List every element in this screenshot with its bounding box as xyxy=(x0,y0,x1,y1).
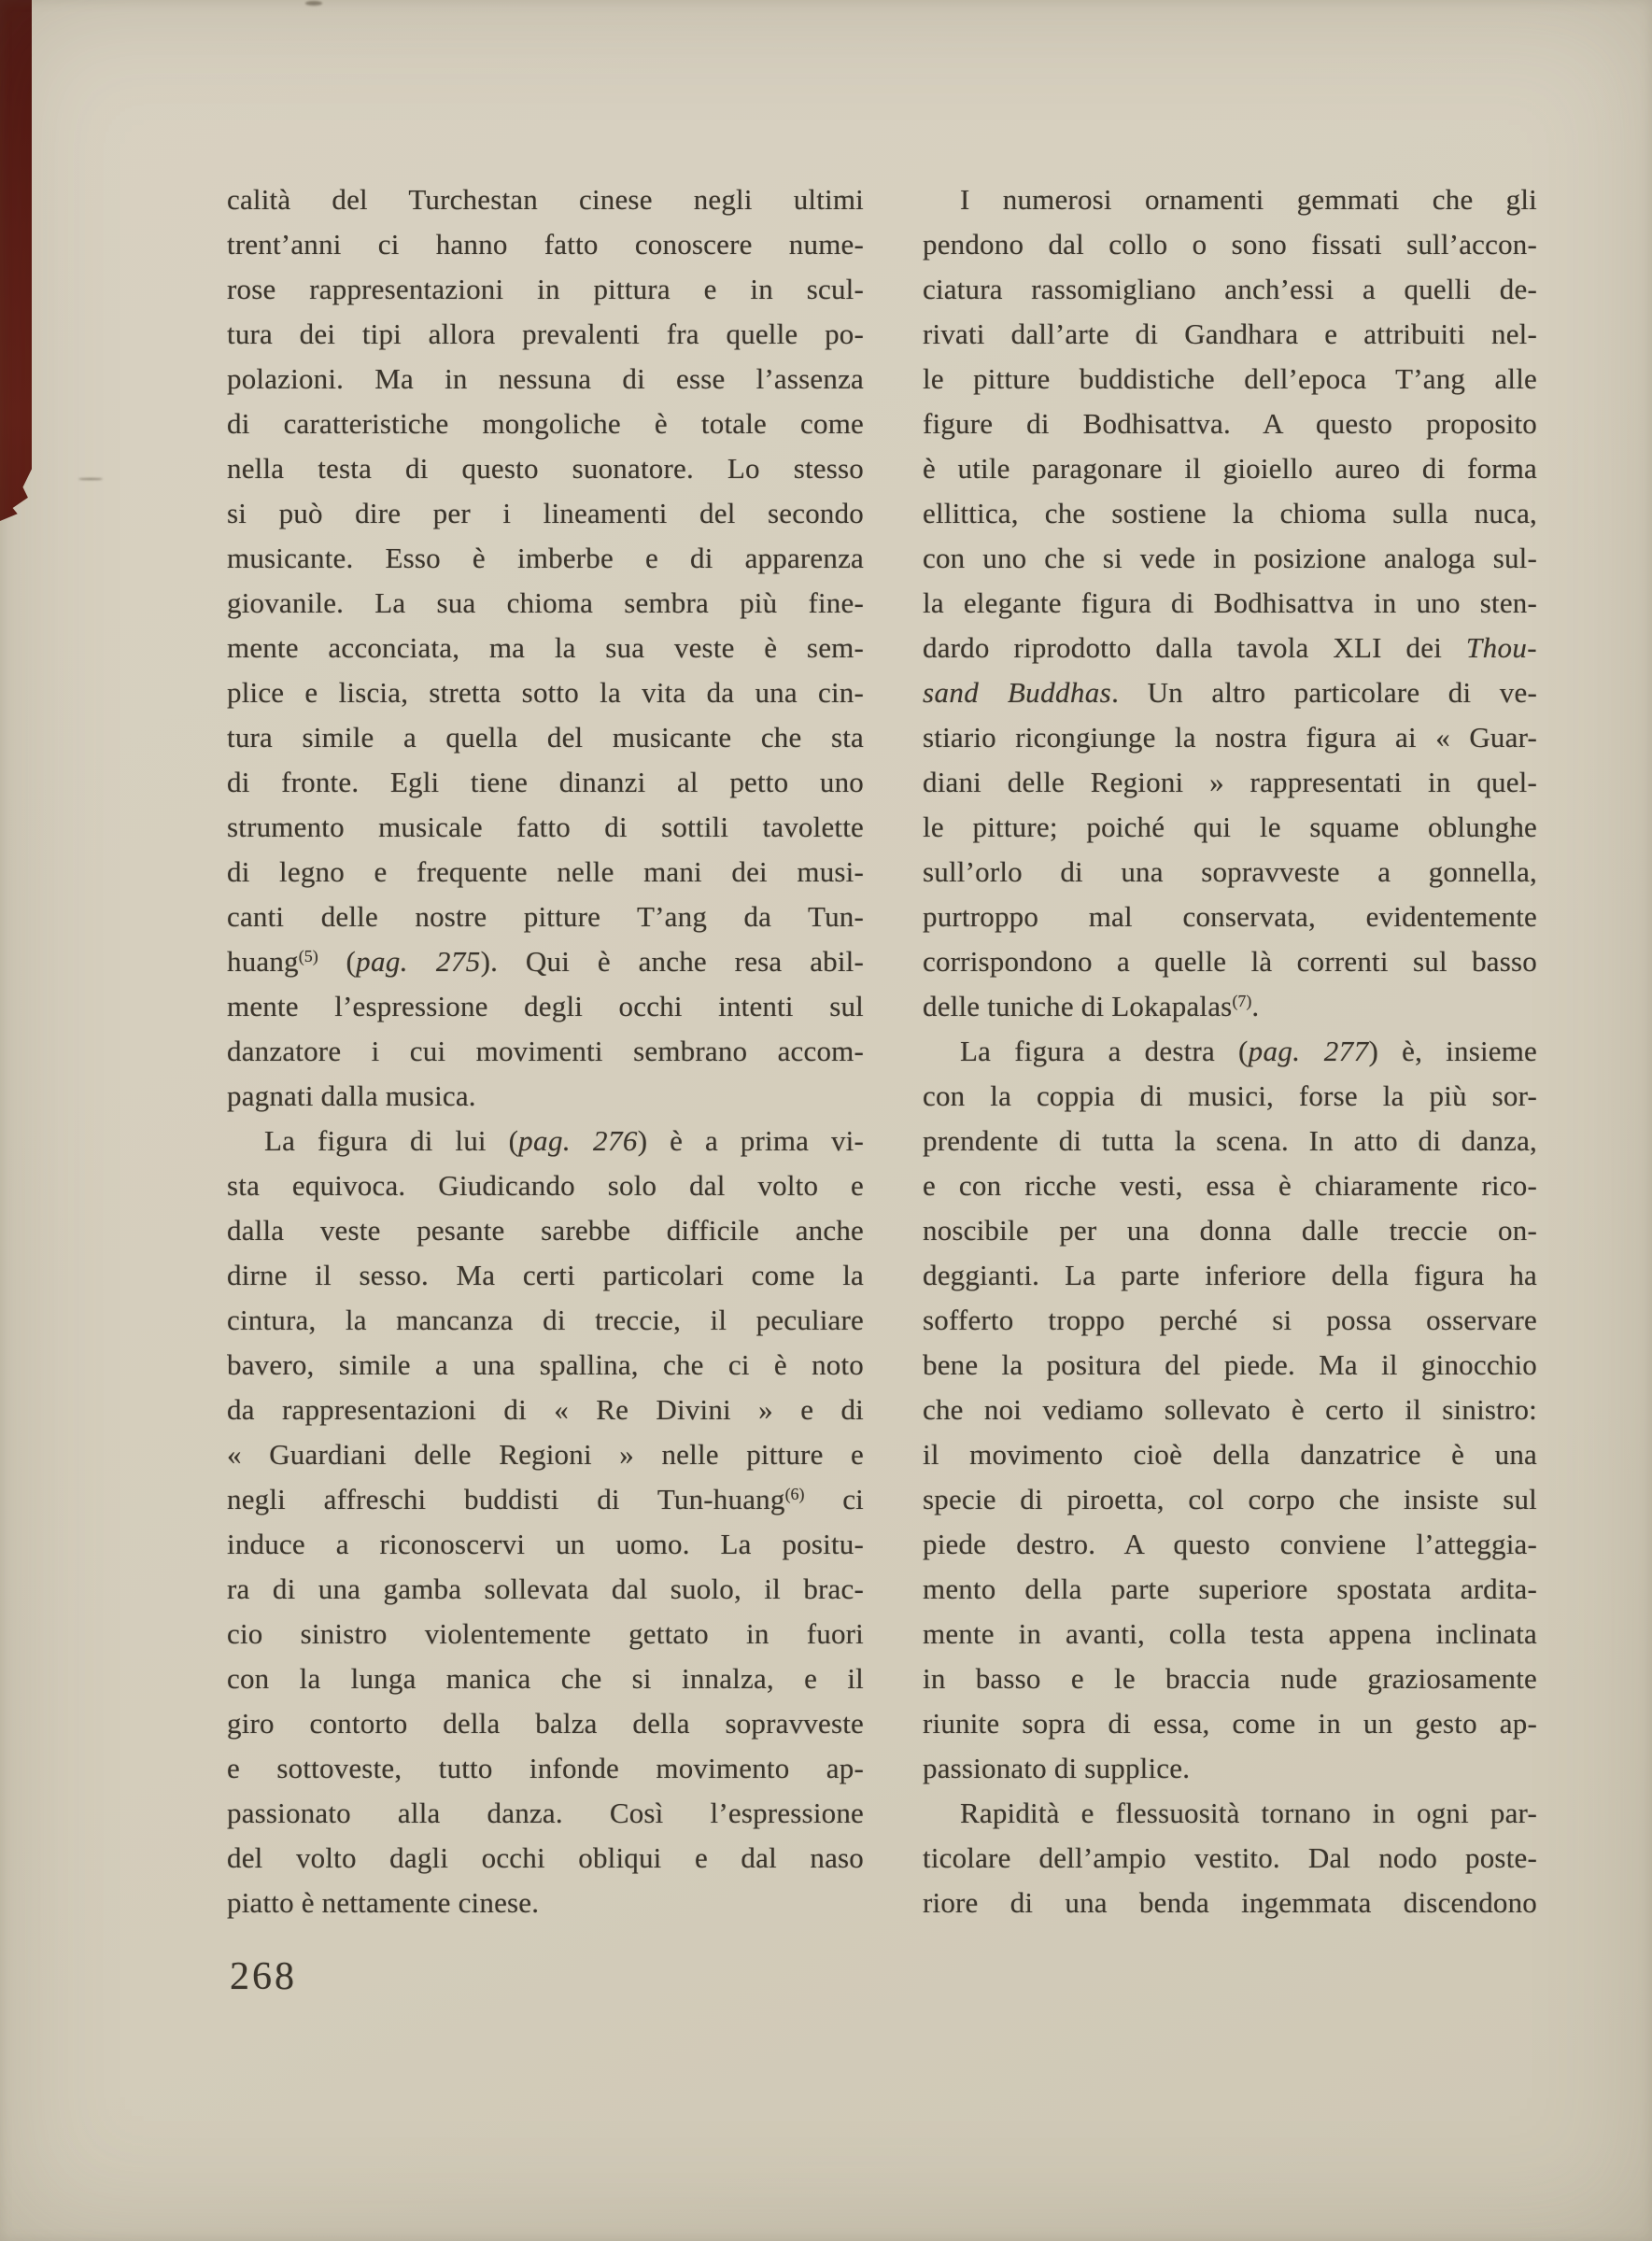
text-line: La figura di lui (pag. 276) è a prima vi… xyxy=(227,1119,864,1163)
scan-scratch xyxy=(78,478,103,480)
text-line: giro contorto della balza della sopravve… xyxy=(227,1701,864,1746)
text-line: riore di una benda ingemmata discendono xyxy=(923,1881,1537,1925)
text-line: strumento musicale fatto di sottili tavo… xyxy=(227,805,864,850)
text-line: diani delle Regioni » rappresentati in q… xyxy=(923,760,1537,805)
text-line: pagnati dalla musica. xyxy=(227,1074,864,1119)
text-line: tura simile a quella del musicante che s… xyxy=(227,715,864,760)
text-line: è utile paragonare il gioiello aureo di … xyxy=(923,446,1537,491)
text-line: « Guardiani delle Regioni » nelle pittur… xyxy=(227,1432,864,1477)
text-line: mente l’espressione degli occhi intenti … xyxy=(227,984,864,1029)
page-number: 268 xyxy=(230,1954,297,1999)
text-line: mente in avanti, colla testa appena incl… xyxy=(923,1612,1537,1656)
text-line: rose rappresentazioni in pittura e in sc… xyxy=(227,267,864,312)
text-line: con uno che si vede in posizione analoga… xyxy=(923,536,1537,581)
text-line: il movimento cioè della danzatrice è una xyxy=(923,1432,1537,1477)
left-text-column: calità del Turchestan cinese negli ultim… xyxy=(227,177,864,1925)
text-line: cintura, la mancanza di treccie, il pecu… xyxy=(227,1298,864,1343)
text-line: induce a riconoscervi un uomo. La positu… xyxy=(227,1522,864,1567)
text-line: I numerosi ornamenti gemmati che gli xyxy=(923,177,1537,222)
text-line: plice e liscia, stretta sotto la vita da… xyxy=(227,670,864,715)
text-line: corrispondono a quelle là correnti sul b… xyxy=(923,939,1537,984)
text-line: bavero, simile a una spallina, che ci è … xyxy=(227,1343,864,1388)
text-line: si può dire per i lineamenti del secondo xyxy=(227,491,864,536)
text-line: la elegante figura di Bodhisattva in uno… xyxy=(923,581,1537,626)
text-line: sofferto troppo perché si possa osservar… xyxy=(923,1298,1537,1343)
binding-edge-artifact xyxy=(0,0,32,521)
text-line: di legno e frequente nelle mani dei musi… xyxy=(227,850,864,895)
book-page: calità del Turchestan cinese negli ultim… xyxy=(0,0,1652,2241)
text-line: dirne il sesso. Ma certi particolari com… xyxy=(227,1253,864,1298)
text-line: huang(5) (pag. 275). Qui è anche resa ab… xyxy=(227,939,864,984)
text-line: danzatore i cui movimenti sembrano accom… xyxy=(227,1029,864,1074)
text-line: tura dei tipi allora prevalenti fra quel… xyxy=(227,312,864,357)
text-line: del volto dagli occhi obliqui e dal naso xyxy=(227,1836,864,1881)
text-line: sull’orlo di una sopravveste a gonnella, xyxy=(923,850,1537,895)
text-line: dardo riprodotto dalla tavola XLI dei Th… xyxy=(923,626,1537,670)
text-line: dalla veste pesante sarebbe difficile an… xyxy=(227,1208,864,1253)
text-line: di caratteristiche mongoliche è totale c… xyxy=(227,402,864,446)
text-line: piatto è nettamente cinese. xyxy=(227,1881,864,1925)
text-line: canti delle nostre pitture T’ang da Tun- xyxy=(227,895,864,939)
text-line: figure di Bodhisattva. A questo proposit… xyxy=(923,402,1537,446)
text-line: cio sinistro violentemente gettato in fu… xyxy=(227,1612,864,1656)
text-line: che noi vediamo sollevato è certo il sin… xyxy=(923,1388,1537,1432)
text-line: le pitture; poiché qui le squame oblungh… xyxy=(923,805,1537,850)
right-text-column: I numerosi ornamenti gemmati che glipend… xyxy=(923,177,1537,1925)
scan-speck xyxy=(305,1,322,6)
text-line: purtroppo mal conservata, evidentemente xyxy=(923,895,1537,939)
text-line: trent’anni ci hanno fatto conoscere nume… xyxy=(227,222,864,267)
text-line: deggianti. La parte inferiore della figu… xyxy=(923,1253,1537,1298)
text-line: calità del Turchestan cinese negli ultim… xyxy=(227,177,864,222)
text-line: La figura a destra (pag. 277) è, insieme xyxy=(923,1029,1537,1074)
text-line: passionato di supplice. xyxy=(923,1746,1537,1791)
text-line: prendente di tutta la scena. In atto di … xyxy=(923,1119,1537,1163)
text-line: specie di piroetta, col corpo che insist… xyxy=(923,1477,1537,1522)
text-line: bene la positura del piede. Ma il ginocc… xyxy=(923,1343,1537,1388)
text-line: e sottoveste, tutto infonde movimento ap… xyxy=(227,1746,864,1791)
text-line: piede destro. A questo conviene l’attegg… xyxy=(923,1522,1537,1567)
text-line: Rapidità e flessuosità tornano in ogni p… xyxy=(923,1791,1537,1836)
text-line: polazioni. Ma in nessuna di esse l’assen… xyxy=(227,357,864,402)
text-line: con la coppia di musici, forse la più so… xyxy=(923,1074,1537,1119)
text-line: giovanile. La sua chioma sembra più fine… xyxy=(227,581,864,626)
text-line: le pitture buddistiche dell’epoca T’ang … xyxy=(923,357,1537,402)
text-line: delle tuniche di Lokapalas(7). xyxy=(923,984,1537,1029)
text-line: musicante. Esso è imberbe e di apparenza xyxy=(227,536,864,581)
text-line: di fronte. Egli tiene dinanzi al petto u… xyxy=(227,760,864,805)
text-line: sta equivoca. Giudicando solo dal volto … xyxy=(227,1163,864,1208)
text-line: ticolare dell’ampio vestito. Dal nodo po… xyxy=(923,1836,1537,1881)
text-line: riunite sopra di essa, come in un gesto … xyxy=(923,1701,1537,1746)
text-line: pendono dal collo o sono fissati sull’ac… xyxy=(923,222,1537,267)
text-line: rivati dall’arte di Gandhara e attribuit… xyxy=(923,312,1537,357)
text-line: nella testa di questo suonatore. Lo stes… xyxy=(227,446,864,491)
text-line: in basso e le braccia nude graziosamente xyxy=(923,1656,1537,1701)
text-line: stiario ricongiunge la nostra figura ai … xyxy=(923,715,1537,760)
text-line: noscibile per una donna dalle treccie on… xyxy=(923,1208,1537,1253)
text-line: da rappresentazioni di « Re Divini » e d… xyxy=(227,1388,864,1432)
text-line: ciatura rassomigliano anch’essi a quelli… xyxy=(923,267,1537,312)
text-line: negli affreschi buddisti di Tun-huang(6)… xyxy=(227,1477,864,1522)
text-line: ra di una gamba sollevata dal suolo, il … xyxy=(227,1567,864,1612)
text-line: passionato alla danza. Così l’espression… xyxy=(227,1791,864,1836)
text-line: mente acconciata, ma la sua veste è sem- xyxy=(227,626,864,670)
text-line: e con ricche vesti, essa è chiaramente r… xyxy=(923,1163,1537,1208)
text-line: con la lunga manica che si innalza, e il xyxy=(227,1656,864,1701)
text-line: sand Buddhas. Un altro particolare di ve… xyxy=(923,670,1537,715)
text-line: mento della parte superiore spostata ard… xyxy=(923,1567,1537,1612)
text-line: ellittica, che sostiene la chioma sulla … xyxy=(923,491,1537,536)
